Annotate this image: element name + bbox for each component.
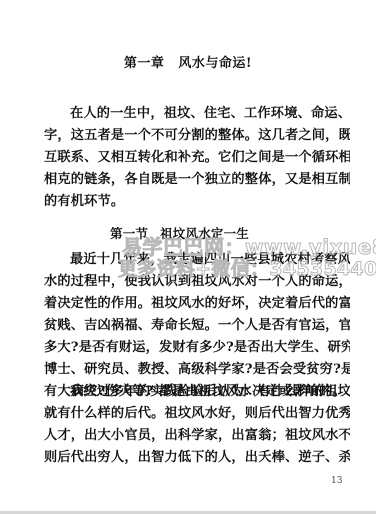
text-line: 我经过多年的实践检验后认为：有什么样的祖坟， (44, 381, 350, 403)
text-line: 字，这五者是一个不可分割的整体。这几者之间，既相 (44, 125, 350, 147)
text-line: 博士、研究员、教授、高级科学家?是否会受贫穷?是否 (44, 359, 350, 381)
text-line: 着决定性的作用。祖坟风水的好坏，决定着后代的富贵 (44, 293, 350, 315)
page-number: 13 (331, 476, 342, 486)
paragraph-ancestral-graves: 最近十几年来，我走遍四川一些县城农村考察风 水的过程中，使我认识到祖坟风水对一个… (44, 249, 350, 403)
paragraph-experience: 我经过多年的实践检验后认为：有什么样的祖坟， 就有什么样的后代。祖坟风水好，则后… (44, 381, 350, 469)
text-line: 在人的一生中，祖坟、住宅、工作环境、命运、名 (44, 103, 350, 125)
document-page: 第一章风水与命运! 在人的一生中，祖坟、住宅、工作环境、命运、名 字，这五者是一… (0, 0, 376, 511)
text-line: 就有什么样的后代。祖坟风水好，则后代出智力优秀的 (44, 403, 350, 425)
text-line: 人才，出大小官员，出科学家，出富翁；祖坟风水不好， (44, 425, 350, 447)
text-line: 水的过程中，使我认识到祖坟风水对一个人的命运，起 (44, 271, 350, 293)
text-line: 则后代出穷人，出智力低下的人，出夭棒、逆子、杀人 (44, 447, 350, 469)
chapter-name: 风水与命运! (178, 56, 252, 71)
section-title: 第一节祖坟风水定一生 (110, 224, 249, 242)
chapter-title: 第一章风水与命运! (0, 52, 376, 71)
text-line: 贫贱、吉凶祸福、寿命长短。一个人是否有官运，官有 (44, 315, 350, 337)
chapter-number: 第一章 (124, 56, 165, 71)
section-name: 祖坟风水定一生 (160, 226, 249, 241)
text-line: 的有机环节。 (44, 191, 350, 213)
text-line: 多大?是否有财运，发财有多少?是否出大学生、研究生、 (44, 337, 350, 359)
section-number: 第一节 (110, 226, 148, 241)
text-line: 相克的链条，各自既是一个独立的整体，又是相互制约 (44, 169, 350, 191)
text-line: 互联系、又相互转化和补充。它们之间是一个循环相生 (44, 147, 350, 169)
paragraph-intro: 在人的一生中，祖坟、住宅、工作环境、命运、名 字，这五者是一个不可分割的整体。这… (44, 103, 350, 213)
text-line: 最近十几年来，我走遍四川一些县城农村考察风 (44, 249, 350, 271)
